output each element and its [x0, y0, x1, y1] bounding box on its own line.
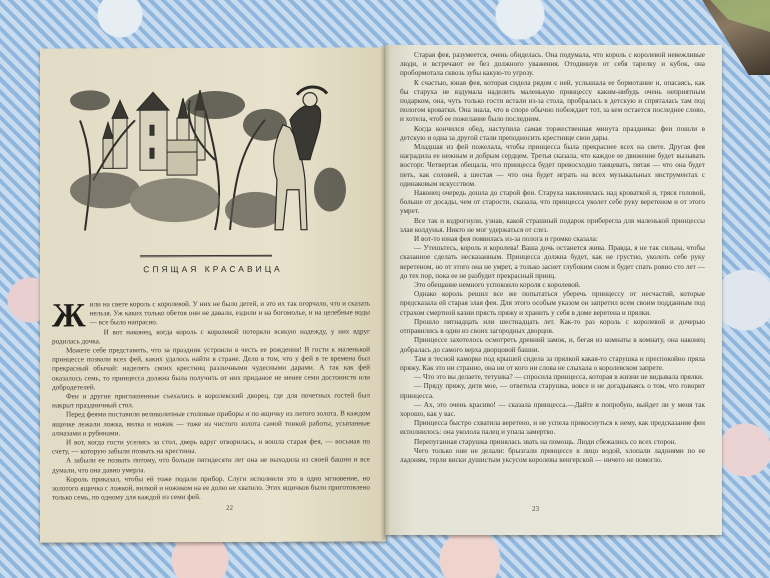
- left-page-text: Жили на свете король с королевой. У них …: [52, 299, 370, 503]
- paragraph: Прошло пятнадцать или шестнадцать лет. К…: [400, 318, 705, 336]
- paragraph: Король приказал, чтобы ей тоже подали пр…: [52, 474, 370, 503]
- page-number: 22: [226, 504, 233, 512]
- paragraph: — Ах, это очень красиво! — сказала принц…: [400, 401, 705, 419]
- paragraph: Это обещание немного успокоило короля с …: [400, 281, 705, 290]
- paragraph: Чего только они не делали: брызгали прин…: [400, 447, 705, 465]
- paragraph: Перепуганная старушка принялась звать на…: [400, 438, 705, 447]
- paragraph: Старая фея, разумеется, очень обиделась.…: [400, 51, 705, 79]
- paragraph: Принцесса быстро схватила веретено, и не…: [400, 419, 705, 437]
- left-page: СПЯЩАЯ КРАСАВИЦА Жили на свете король с …: [40, 47, 386, 542]
- paragraph: К счастью, юная фея, которая сидела рядо…: [400, 79, 705, 125]
- paragraph: — Утешьтесь, король и королева! Ваша доч…: [400, 244, 705, 281]
- paragraph: Однако король решил все же попытаться уб…: [400, 290, 705, 318]
- paragraph: Младшая из фей пожелала, чтобы принцесса…: [400, 143, 705, 189]
- castle-forest-rider-illustration: [65, 80, 347, 237]
- paragraph: Можете себе представить, что за праздник…: [52, 345, 370, 392]
- paragraph: Когда кончился обед, наступила самая тор…: [400, 125, 705, 143]
- book-gutter: [380, 45, 390, 540]
- paragraph: И вот-то юная фея появилась из-за полога…: [400, 235, 705, 244]
- paragraph: — Что это вы делаете, тетушка? — спросил…: [400, 373, 705, 382]
- paragraph: Перед феями поставили великолепные столо…: [52, 410, 370, 439]
- title-divider: [140, 255, 272, 257]
- right-page-text: Старая фея, разумеется, очень обиделась.…: [400, 51, 705, 465]
- dropcap: Ж: [52, 301, 86, 330]
- paragraph: Жили на свете король с королевой. У них …: [52, 299, 370, 328]
- paragraph: Принцессе захотелось осмотреть древний з…: [400, 336, 705, 354]
- paragraph: — Пряду пряжу, дитя мое, — ответила стар…: [400, 382, 705, 400]
- paragraph: А забыли ее позвать потому, что больше п…: [52, 456, 370, 476]
- chapter-title: СПЯЩАЯ КРАСАВИЦА: [40, 263, 386, 274]
- paragraph: И вот, когда гости уселись за стол, двер…: [52, 437, 370, 457]
- page-number: 23: [532, 505, 539, 513]
- right-page: Старая фея, разумеется, очень обиделась.…: [385, 45, 722, 535]
- paragraph: Все так и вздрогнули, узнав, какой страш…: [400, 217, 705, 235]
- paragraph: И вот наконец, когда король с королевой …: [52, 327, 370, 347]
- paragraph: Феи и другие приглашенные съехались в ко…: [52, 391, 370, 411]
- paragraph: Там в тесной каморке под крышей сидела з…: [400, 355, 705, 373]
- paragraph: Наконец очередь дошла до старой феи. Ста…: [400, 189, 705, 217]
